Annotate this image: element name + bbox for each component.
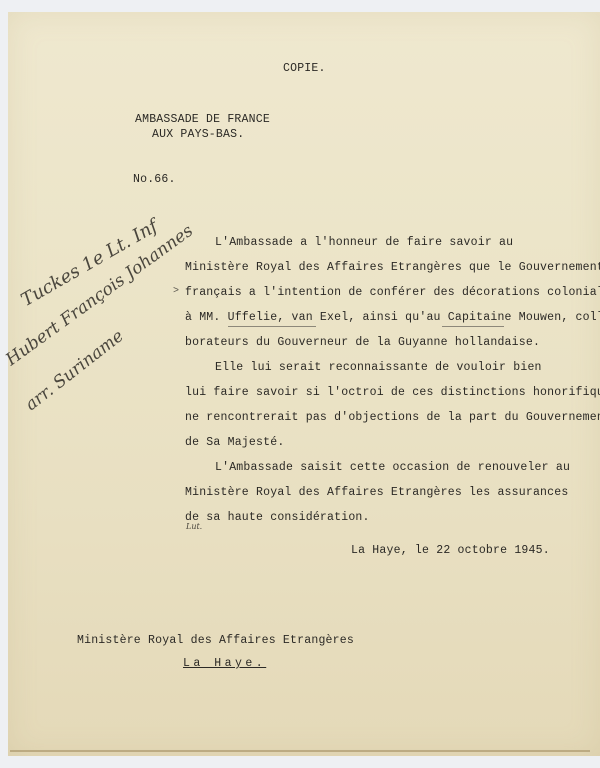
body-line: de Sa Majesté. [185,436,284,449]
body-line: ne rencontrerait pas d'objections de la … [185,411,600,424]
body-line: lui faire savoir si l'octroi de ces dist… [185,386,600,399]
margin-arrow: > [173,286,179,297]
body-line: L'Ambassade saisit cette occasion de ren… [215,461,570,474]
pencil-underline [442,326,504,327]
date-line: La Haye, le 22 octobre 1945. [351,544,550,557]
pencil-underline [228,326,316,327]
body-line: Ministère Royal des Affaires Etrangères … [185,261,600,274]
recipient-line-1: Ministère Royal des Affaires Etrangères [77,634,354,647]
body-line: Ministère Royal des Affaires Etrangères … [185,486,568,499]
body-line: de sa haute considération. [185,511,370,524]
body-line: L'Ambassade a l'honneur de faire savoir … [215,236,513,249]
paper-edge [10,750,590,752]
handwritten-initials: Lut. [186,522,202,531]
body-line: à MM. Uffelie, van Exel, ainsi qu'au Cap… [185,311,600,324]
body-line: français a l'intention de conférer des d… [185,286,600,299]
copy-mark: COPIE. [283,62,326,75]
sender-line-1: AMBASSADE DE FRANCE [135,113,270,126]
body-line: borateurs du Gouverneur de la Guyanne ho… [185,336,540,349]
body-line: Elle lui serait reconnaissante de vouloi… [215,361,542,374]
recipient-line-2: La Haye. [183,657,266,670]
reference-number: No.66. [133,173,176,186]
sender-line-2: AUX PAYS-BAS. [152,128,244,141]
